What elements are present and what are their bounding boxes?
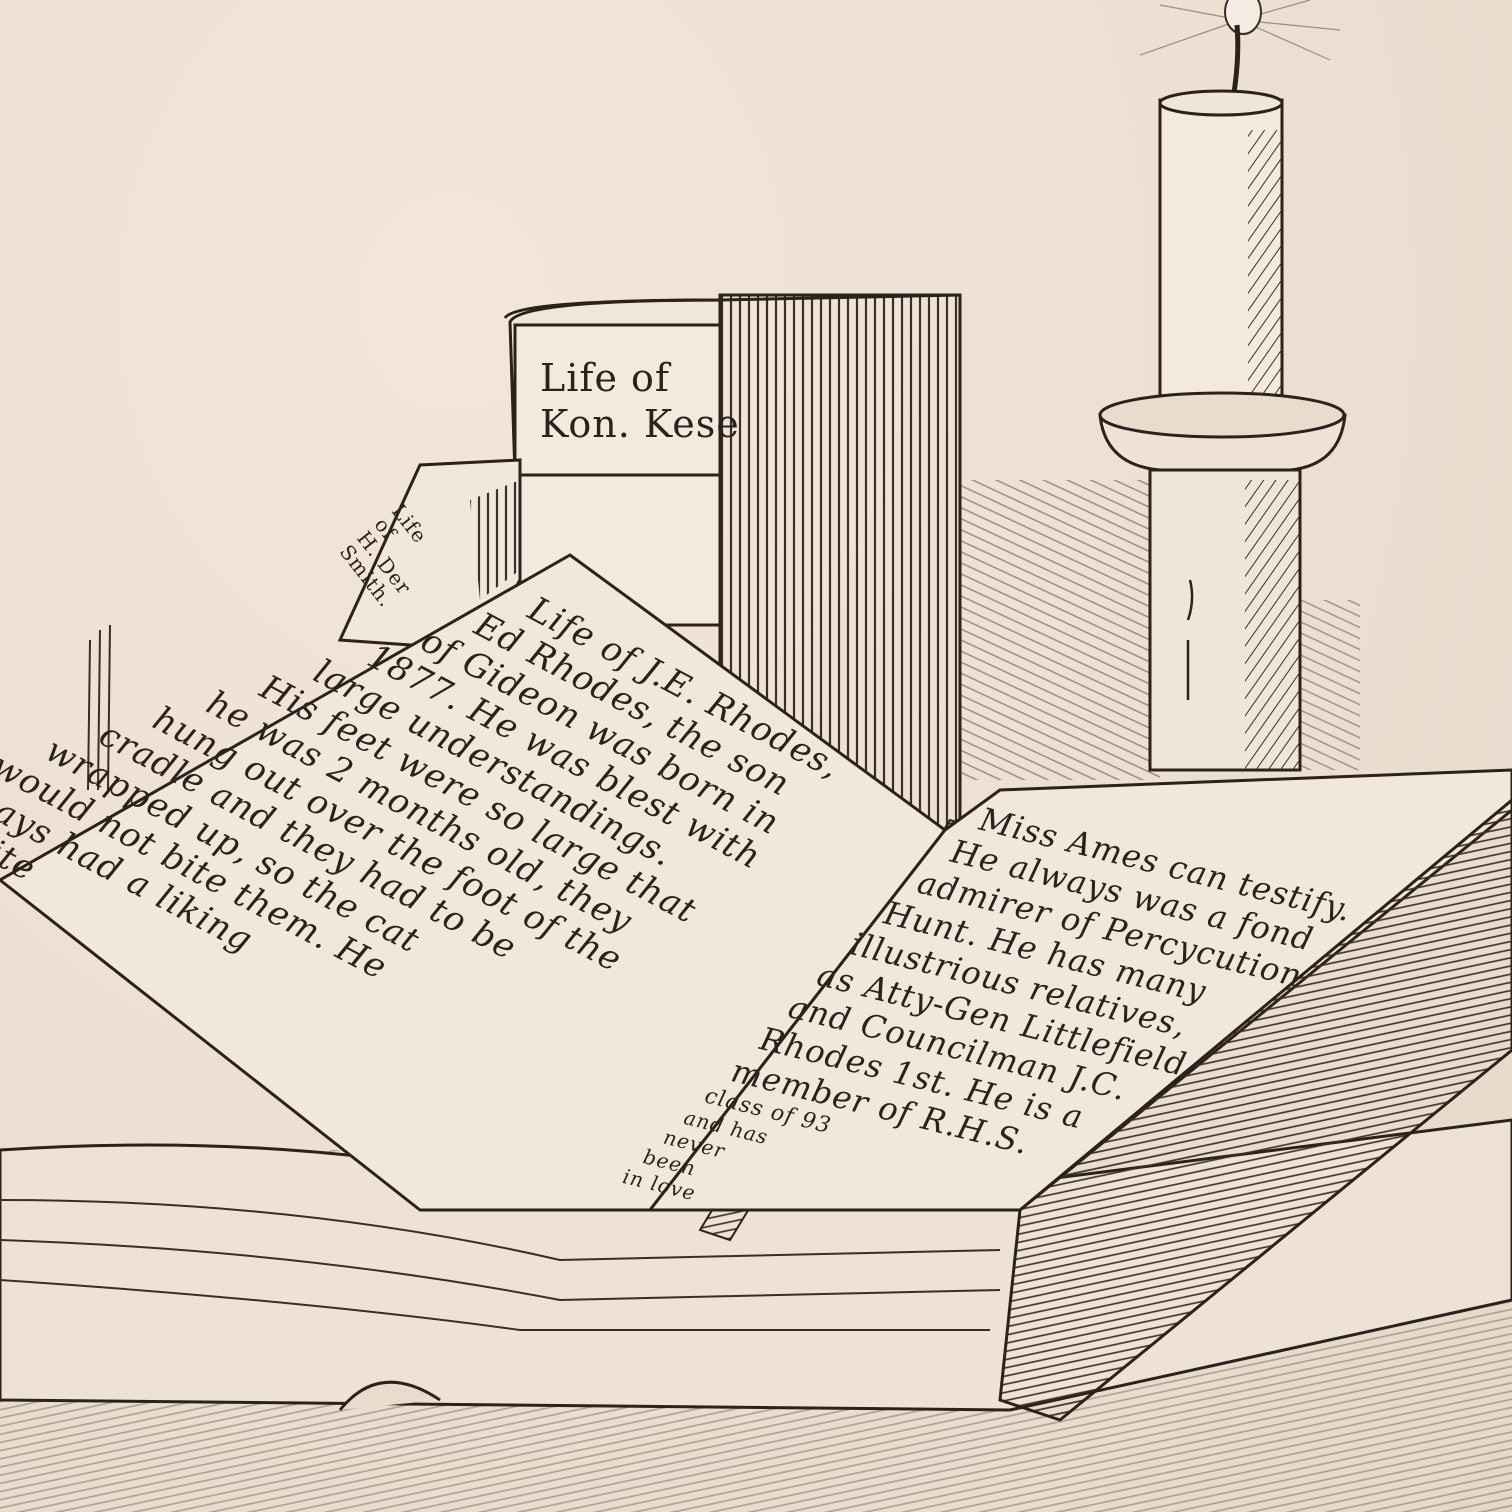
candle-icon — [1160, 0, 1282, 410]
tall-book-spine-label: Life of Kon. Kese — [540, 355, 740, 447]
spine-line: Kon. Kese — [540, 401, 740, 447]
spine-line: Life of — [540, 355, 740, 401]
engraving-illustration: Life of Kon. Kese Life of H. Der Smith. … — [0, 0, 1512, 1512]
shadow-hatching — [960, 480, 1160, 780]
